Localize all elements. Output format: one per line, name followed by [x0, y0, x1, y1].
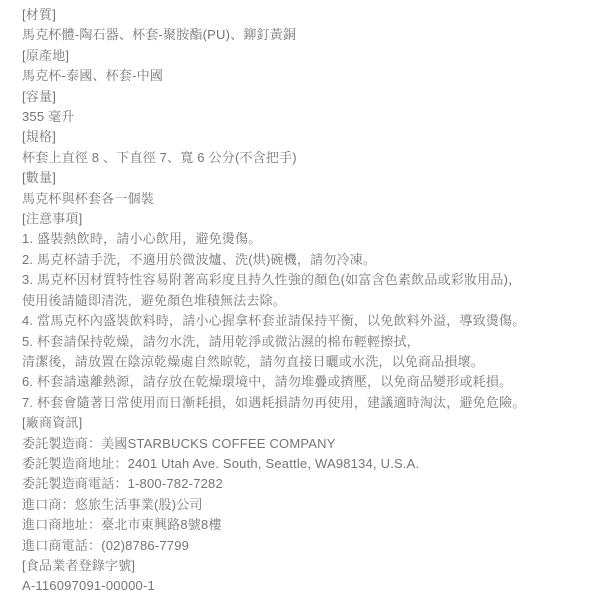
section-spec: [規格] 杯套上直徑 8 、下直徑 7、寬 6 公分(不含把手) — [22, 127, 590, 168]
precaution-1: 1. 盛裝熱飲時，請小心飲用，避免燙傷。 — [22, 229, 590, 249]
section-material: [材質] 馬克杯體-陶石器、杯套-聚胺酯(PU)、鉚釘黃銅 — [22, 5, 590, 46]
section-heading-origin: [原產地] — [22, 46, 590, 66]
manufacturer-name: 委託製造商：美國STARBUCKS COFFEE COMPANY — [22, 434, 590, 454]
quantity-value: 馬克杯與杯套各一個裝 — [22, 189, 590, 209]
section-heading-quantity: [數量] — [22, 168, 590, 188]
product-info-text: [材質] 馬克杯體-陶石器、杯套-聚胺酯(PU)、鉚釘黃銅 [原產地] 馬克杯-… — [0, 0, 600, 597]
precaution-7: 7. 杯套會隨著日常使用而日漸耗損，如遇耗損請勿再使用，建議適時淘汰，避免危險。 — [22, 393, 590, 413]
manufacturer-phone: 委託製造商電話：1-800-782-7282 — [22, 474, 590, 494]
section-capacity: [容量] 355 毫升 — [22, 87, 590, 128]
section-manufacturer-info: [廠商資訊] 委託製造商：美國STARBUCKS COFFEE COMPANY … — [22, 413, 590, 556]
section-origin: [原產地] 馬克杯-泰國、杯套-中國 — [22, 46, 590, 87]
section-heading-material: [材質] — [22, 5, 590, 25]
section-precautions: [注意事項] 1. 盛裝熱飲時，請小心飲用，避免燙傷。 2. 馬克杯請手洗，不適… — [22, 209, 590, 413]
manufacturer-address: 委託製造商地址：2401 Utah Ave. South, Seattle, W… — [22, 454, 590, 474]
precaution-5: 5. 杯套請保持乾燥，請勿水洗，請用乾淨或微沾濕的棉布輕輕擦拭， — [22, 332, 590, 352]
precaution-6: 6. 杯套請遠離熱源，請存放在乾燥環境中，請勿堆疊或擠壓，以免商品變形或耗損。 — [22, 372, 590, 392]
section-heading-manufacturer-info: [廠商資訊] — [22, 413, 590, 433]
registration-number: A-116097091-00000-1 — [22, 576, 590, 596]
section-heading-registration: [食品業者登錄字號] — [22, 556, 590, 576]
precaution-4: 4. 當馬克杯內盛裝飲料時，請小心握拿杯套並請保持平衡，以免飲料外溢，導致燙傷。 — [22, 311, 590, 331]
precaution-3-continued: 使用後請隨即清洗，避免顏色堆積無法去除。 — [22, 291, 590, 311]
section-registration: [食品業者登錄字號] A-116097091-00000-1 — [22, 556, 590, 597]
origin-value: 馬克杯-泰國、杯套-中國 — [22, 66, 590, 86]
precaution-3: 3. 馬克杯因材質特性容易附著高彩度且持久性強的顏色(如富含色素飲品或彩妝用品)… — [22, 270, 590, 290]
precaution-5-continued: 清潔後，請放置在陰涼乾燥處自然晾乾，請勿直接日曬或水洗，以免商品損壞。 — [22, 352, 590, 372]
material-value: 馬克杯體-陶石器、杯套-聚胺酯(PU)、鉚釘黃銅 — [22, 25, 590, 45]
precaution-2: 2. 馬克杯請手洗，不適用於微波爐、洗(烘)碗機，請勿冷凍。 — [22, 250, 590, 270]
importer-phone: 進口商電話：(02)8786-7799 — [22, 536, 590, 556]
section-quantity: [數量] 馬克杯與杯套各一個裝 — [22, 168, 590, 209]
spec-value: 杯套上直徑 8 、下直徑 7、寬 6 公分(不含把手) — [22, 148, 590, 168]
section-heading-capacity: [容量] — [22, 87, 590, 107]
importer-address: 進口商地址：臺北市東興路8號8樓 — [22, 515, 590, 535]
capacity-value: 355 毫升 — [22, 107, 590, 127]
section-heading-precautions: [注意事項] — [22, 209, 590, 229]
section-heading-spec: [規格] — [22, 127, 590, 147]
importer-name: 進口商：悠旅生活事業(股)公司 — [22, 495, 590, 515]
